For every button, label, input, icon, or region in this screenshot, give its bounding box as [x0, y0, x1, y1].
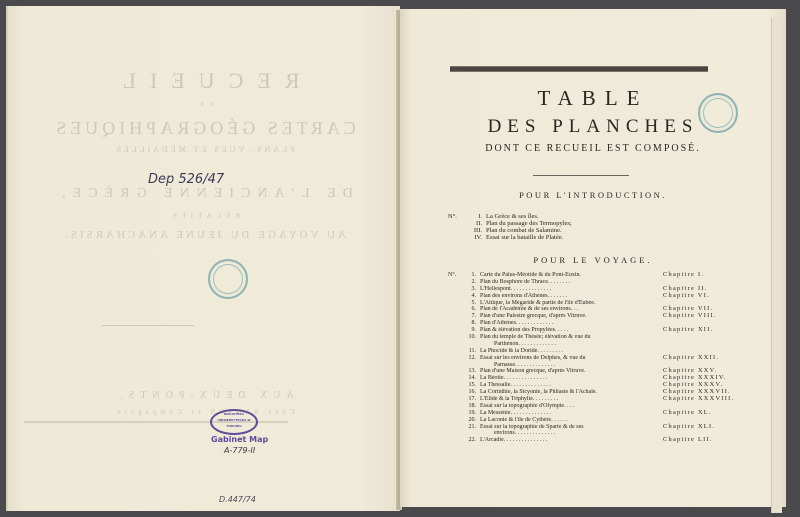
item-prefix: [448, 362, 464, 369]
item-title: Plan du passage des Termopyles;: [486, 220, 572, 227]
item-title: Plan du temple de Thésée; élévation & vu…: [480, 334, 655, 341]
item-number: [464, 362, 480, 369]
item-number: 9.: [464, 327, 480, 334]
item-prefix: [448, 313, 464, 320]
item-title: L'Arcadie. . . . . . . . . . . . . . .: [480, 437, 655, 444]
item-chapter: Chapitre XXXVIII.: [663, 396, 734, 403]
item-title: La Thessalie. . . . . . . . . . . . . .: [480, 382, 655, 389]
item-number: 1.: [464, 272, 480, 279]
item-title: La Béotie. . . . . . . . . . . . . . .: [480, 375, 655, 382]
title-rule-thick: [450, 66, 708, 72]
item-number: IV.: [464, 234, 486, 241]
item-title: Carte du Palus-Méotide & du Pont-Euxin.: [480, 272, 655, 279]
intro-list: N°.I.La Grèce & ses îles. II.Plan du pas…: [448, 213, 572, 241]
item-prefix: [448, 375, 464, 382]
list-item: 8.Plan d'Athènes. . . . . . . . . . . . …: [448, 320, 778, 327]
item-prefix: [448, 300, 464, 307]
item-title: Essai sur la topographie de Sparte & de …: [480, 424, 655, 431]
show-through-rule: [102, 325, 194, 326]
item-prefix: N°.: [448, 213, 464, 220]
list-item: N°.1.Carte du Palus-Méotide & du Pont-Eu…: [448, 272, 778, 279]
list-item: 21.Essai sur la topographie de Sparte & …: [448, 424, 778, 431]
show-through-recueil: RECUEIL: [8, 68, 400, 94]
item-number: 20.: [464, 417, 480, 424]
item-title: Essai sur la topographie d'Olympie. . . …: [480, 403, 655, 410]
list-item: environs. . . . . . . . . . . . . .: [448, 430, 778, 437]
item-number: 19.: [464, 410, 480, 417]
item-chapter: Chapitre XL.: [663, 410, 712, 417]
show-through-cartes: CARTES GÉOGRAPHIQUES: [8, 118, 400, 139]
item-number: 15.: [464, 382, 480, 389]
list-item: II.Plan du passage des Termopyles;: [448, 220, 572, 227]
title-rule-thin: [533, 175, 629, 176]
item-prefix: [448, 417, 464, 424]
item-prefix: [448, 430, 464, 437]
list-item: 19.La Messénie. . . . . . . . . . . . . …: [448, 410, 778, 417]
item-prefix: [448, 220, 464, 227]
item-chapter: Chapitre XXII.: [663, 355, 719, 362]
item-number: 12.: [464, 355, 480, 362]
list-item: 2.Plan du Bosphore de Thrace. . . . . . …: [448, 279, 778, 286]
item-number: 13.: [464, 368, 480, 375]
item-title: Plan d'Athènes. . . . . . . . . . . . .: [480, 320, 655, 327]
item-prefix: [448, 424, 464, 431]
page-subtitle-line2: DONT CE RECUEIL EST COMPOSÉ.: [400, 143, 786, 154]
list-item: III.Plan du combat de Salamine.: [448, 227, 572, 234]
list-item: Parthénon. . . . . . . . . . . . .: [448, 341, 778, 348]
list-item: 9.Plan & élévation des Propylées. . . . …: [448, 327, 778, 334]
item-prefix: [448, 327, 464, 334]
library-seal-stamp: [208, 259, 248, 299]
item-number: 3.: [464, 286, 480, 293]
item-prefix: [448, 403, 464, 410]
item-chapter: Chapitre VI.: [663, 293, 710, 300]
item-prefix: [448, 341, 464, 348]
library-seal-stamp-right: [698, 93, 738, 133]
list-item: 14.La Béotie. . . . . . . . . . . . . . …: [448, 375, 778, 382]
voyage-heading: POUR LE VOYAGE.: [400, 255, 786, 265]
item-title: Essai sur la bataille de Platée.: [486, 234, 563, 241]
item-number: II.: [464, 220, 486, 227]
item-prefix: [448, 355, 464, 362]
show-through-grece: DE L'ANCIENNE GRÈCE,: [8, 186, 400, 202]
item-title: L'Attique, la Mégaride & partie de l'île…: [480, 300, 655, 307]
item-title: La Grèce & ses îles.: [486, 213, 539, 220]
item-number: 5.: [464, 300, 480, 307]
item-prefix: [448, 396, 464, 403]
item-prefix: [448, 334, 464, 341]
item-title: Plan d'une Maison grecque, d'après Vitru…: [480, 368, 655, 375]
item-title: environs. . . . . . . . . . . . . .: [480, 430, 655, 437]
item-title: Plan du combat de Salamine.: [486, 227, 562, 234]
show-through-anacharsis: AU VOYAGE DU JEUNE ANACHARSIS.: [8, 229, 400, 241]
item-number: 16.: [464, 389, 480, 396]
list-item: 17.L'Élide & la Triphylie. . . . . . . .…: [448, 396, 778, 403]
item-prefix: [448, 279, 464, 286]
item-chapter: Chapitre XII.: [663, 327, 713, 334]
item-title: Plan de l'Académie & de ses environs. . …: [480, 306, 655, 313]
list-item: 6.Plan de l'Académie & de ses environs. …: [448, 306, 778, 313]
item-prefix: [448, 293, 464, 300]
item-chapter: Chapitre XLI.: [663, 424, 715, 431]
item-number: 14.: [464, 375, 480, 382]
item-number: I.: [464, 213, 486, 220]
item-number: 8.: [464, 320, 480, 327]
item-title: Plan du Bosphore de Thrace. . . . . . . …: [480, 279, 655, 286]
item-number: [464, 430, 480, 437]
item-number: 6.: [464, 306, 480, 313]
item-number: 7.: [464, 313, 480, 320]
left-page: RECUEIL DE CARTES GÉOGRAPHIQUES PLANS, V…: [6, 6, 400, 511]
item-title: La Messénie. . . . . . . . . . . . . .: [480, 410, 655, 417]
handwritten-shelfmark: Dep 526/47: [148, 172, 224, 187]
item-title: La Phocide & la Doride. . . . . . . . .: [480, 348, 655, 355]
list-item: 7.Plan d'une Palestre grecque, d'après V…: [448, 313, 778, 320]
list-item: 4.Plan des environs d'Athènes. . . . . .…: [448, 293, 778, 300]
item-number: [464, 341, 480, 348]
item-number: 11.: [464, 348, 480, 355]
show-through-plans: PLANS, VUES ET MÉDAILLES: [8, 145, 400, 154]
item-number: 4.: [464, 293, 480, 300]
item-prefix: [448, 234, 464, 241]
show-through-de: DE: [8, 102, 400, 108]
item-title: Plan d'une Palestre grecque, d'après Vit…: [480, 313, 655, 320]
show-through-deux-ponts: AUX DEUX-PONTS,: [8, 390, 400, 401]
item-prefix: [448, 437, 464, 444]
show-through-sanson: Chez SANSON et Compagnie: [8, 408, 400, 416]
item-title: Plan des environs d'Athènes. . . . . . .: [480, 293, 655, 300]
item-number: 18.: [464, 403, 480, 410]
item-number: III.: [464, 227, 486, 234]
list-item: N°.I.La Grèce & ses îles.: [448, 213, 572, 220]
item-prefix: [448, 306, 464, 313]
show-through-relatifs: RELATIFS: [8, 212, 400, 220]
item-prefix: [448, 348, 464, 355]
list-item: 3.L'Hellespont. . . . . . . . . . . . . …: [448, 286, 778, 293]
item-title: La Laconie & l'île de Cythère. . . . . .: [480, 417, 655, 424]
item-chapter: Chapitre LII.: [663, 437, 713, 444]
item-title: L'Hellespont. . . . . . . . . . . . . .: [480, 286, 655, 293]
item-title: La Corinthie, la Sicyonie, la Phliasie &…: [480, 389, 655, 396]
item-prefix: [448, 389, 464, 396]
voyage-list: N°.1.Carte du Palus-Méotide & du Pont-Eu…: [448, 272, 778, 444]
item-prefix: [448, 382, 464, 389]
item-title: L'Élide & la Triphylie. . . . . . . . .: [480, 396, 655, 403]
list-item: 18.Essai sur la topographie d'Olympie. .…: [448, 403, 778, 410]
item-title: Essai sur les environs de Delphes, & vue…: [480, 355, 655, 362]
library-oval-stamp: BIBLIOTEKA UNIWERSYTECKA W TORUNIU: [210, 409, 258, 435]
item-chapter: Chapitre VIII.: [663, 313, 717, 320]
item-number: 22.: [464, 437, 480, 444]
item-number: 2.: [464, 279, 480, 286]
gabinet-label: Gabinet Map: [211, 435, 268, 444]
item-number: 21.: [464, 424, 480, 431]
item-title: Parthénon. . . . . . . . . . . . .: [480, 341, 655, 348]
item-prefix: [448, 368, 464, 375]
list-item: 10.Plan du temple de Thésée; élévation &…: [448, 334, 778, 341]
item-number: 10.: [464, 334, 480, 341]
list-item: 13.Plan d'une Maison grecque, d'après Vi…: [448, 368, 778, 375]
item-number: 17.: [464, 396, 480, 403]
list-item: 5.L'Attique, la Mégaride & partie de l'î…: [448, 300, 778, 307]
gabinet-number: A-779-II: [224, 446, 255, 455]
list-item: Parnasse. . . . . . . . . . . . . .: [448, 362, 778, 369]
list-item: IV.Essai sur la bataille de Platée.: [448, 234, 572, 241]
item-chapter: Chapitre I.: [663, 272, 704, 279]
item-prefix: [448, 286, 464, 293]
item-title: Plan & élévation des Propylées. . . . .: [480, 327, 655, 334]
item-prefix: N°.: [448, 272, 464, 279]
item-prefix: [448, 227, 464, 234]
item-prefix: [448, 320, 464, 327]
right-page: TABLE DES PLANCHES DONT CE RECUEIL EST C…: [400, 9, 786, 507]
list-item: 11.La Phocide & la Doride. . . . . . . .…: [448, 348, 778, 355]
list-item: 20.La Laconie & l'île de Cythère. . . . …: [448, 417, 778, 424]
item-title: Parnasse. . . . . . . . . . . . . .: [480, 362, 655, 369]
oval-stamp-text: BIBLIOTEKA UNIWERSYTECKA W TORUNIU: [217, 412, 250, 428]
intro-heading: POUR L'INTRODUCTION.: [400, 190, 786, 200]
item-prefix: [448, 410, 464, 417]
list-item: 12.Essai sur les environs de Delphes, & …: [448, 355, 778, 362]
bottom-shelfmark: D.447/74: [219, 495, 256, 504]
list-item: 22.L'Arcadie. . . . . . . . . . . . . . …: [448, 437, 778, 444]
